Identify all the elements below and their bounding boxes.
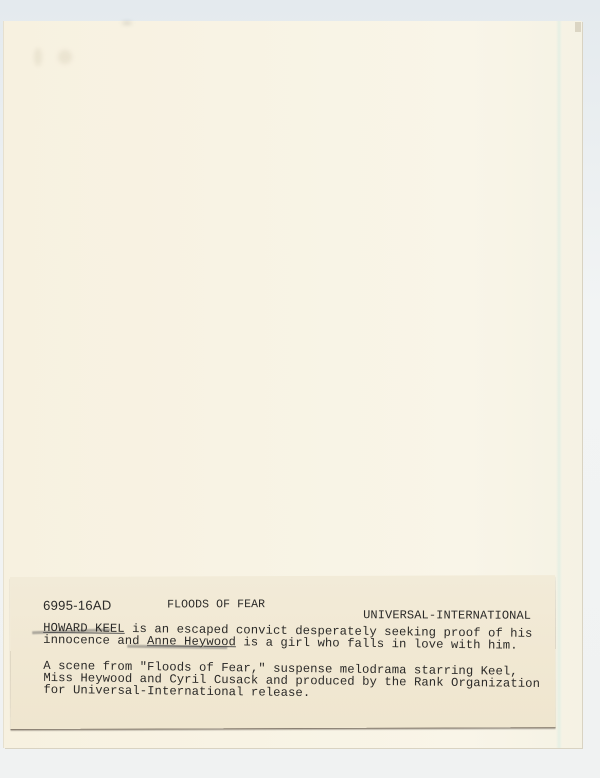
- reference-code: 6995-16AD: [43, 598, 112, 613]
- film-title: FLOODS OF FEAR: [167, 598, 265, 611]
- caption-text: innocence and: [43, 633, 147, 648]
- studio-name: UNIVERSAL-INTERNATIONAL: [363, 608, 531, 623]
- paper-smudge: [34, 48, 42, 66]
- caption-text: is a girl who falls in love with him.: [236, 635, 518, 652]
- sheet-edge-highlight: [556, 21, 562, 748]
- caption-paragraph-2-line-3: for Universal-International release.: [43, 683, 310, 700]
- paper-smudge: [58, 50, 72, 64]
- paper-mark: [122, 22, 132, 24]
- actor-name-anne-heywood: Anne Heywood: [147, 634, 236, 649]
- caption-strip: 6995-16AD FLOODS OF FEAR UNIVERSAL-INTER…: [10, 575, 556, 729]
- sheet-corner-mark: [575, 22, 581, 32]
